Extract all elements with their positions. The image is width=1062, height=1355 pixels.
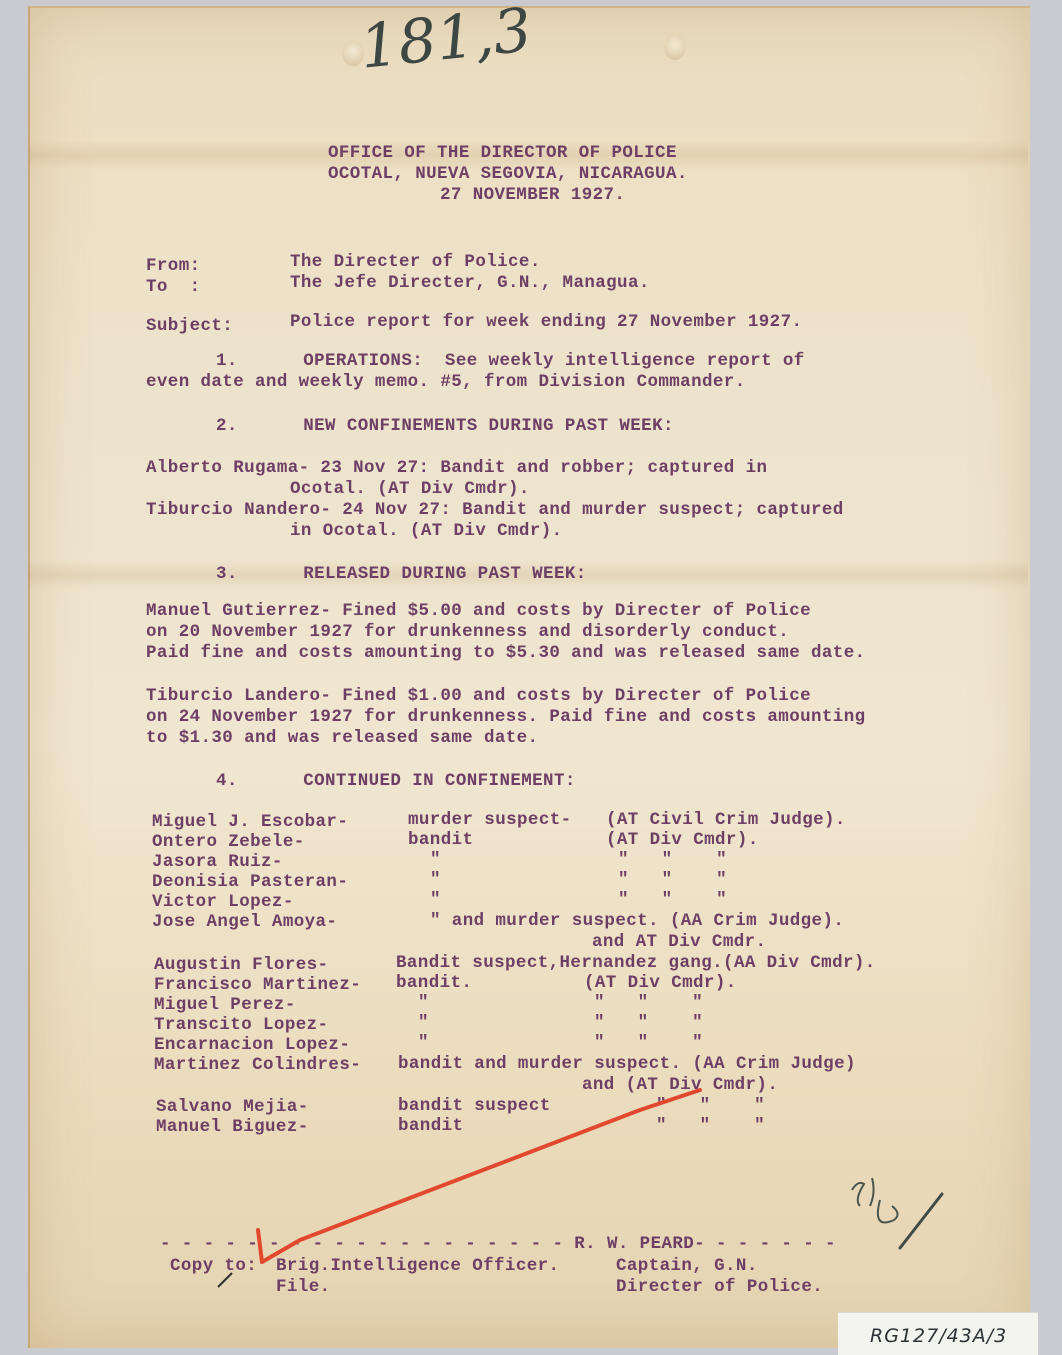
pencil-initials-slash xyxy=(900,1194,942,1248)
red-check-mark xyxy=(258,1090,700,1262)
pencil-initials-icon xyxy=(852,1178,898,1223)
archive-label: RG127/43A/3 xyxy=(838,1312,1038,1355)
archive-label-text: RG127/43A/3 xyxy=(870,1325,1007,1347)
annotation-marks xyxy=(0,0,1062,1355)
pencil-tick-icon xyxy=(218,1273,232,1287)
